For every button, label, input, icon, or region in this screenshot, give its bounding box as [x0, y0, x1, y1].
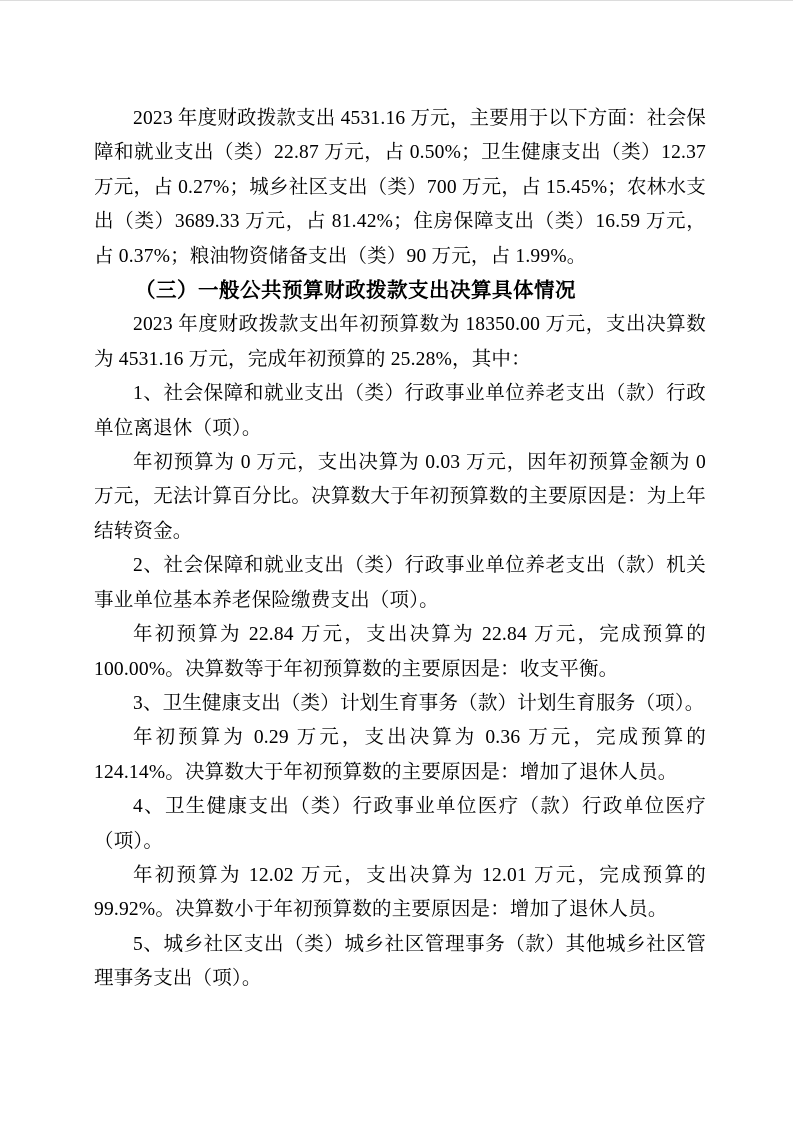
section-heading: （三）一般公共预算财政拨款支出决算具体情况	[94, 274, 706, 308]
paragraph-item-1-title: 1、社会保障和就业支出（类）行政事业单位养老支出（款）行政单位离退休（项）。	[94, 377, 706, 446]
paragraph-item-1-detail: 年初预算为 0 万元，支出决算为 0.03 万元，因年初预算金额为 0 万元，无…	[94, 446, 706, 549]
paragraph-item-2-detail: 年初预算为 22.84 万元，支出决算为 22.84 万元，完成预算的 100.…	[94, 618, 706, 687]
text-content: 2023 年度财政拨款支出 4531.16 万元，主要用于以下方面：社会保障和就…	[94, 102, 706, 997]
paragraph-item-4-detail: 年初预算为 12.02 万元，支出决算为 12.01 万元，完成预算的 99.9…	[94, 859, 706, 928]
paragraph-item-5-title: 5、城乡社区支出（类）城乡社区管理事务（款）其他城乡社区管理事务支出（项）。	[94, 928, 706, 997]
paragraph-funding-overview: 2023 年度财政拨款支出 4531.16 万元，主要用于以下方面：社会保障和就…	[94, 102, 706, 274]
paragraph-item-4-title: 4、卫生健康支出（类）行政事业单位医疗（款）行政单位医疗（项）。	[94, 790, 706, 859]
paragraph-item-3-title: 3、卫生健康支出（类）计划生育事务（款）计划生育服务（项）。	[94, 687, 706, 721]
paragraph-budget-summary: 2023 年度财政拨款支出年初预算数为 18350.00 万元，支出决算数为 4…	[94, 308, 706, 377]
paragraph-item-3-detail: 年初预算为 0.29 万元，支出决算为 0.36 万元，完成预算的 124.14…	[94, 721, 706, 790]
paragraph-item-2-title: 2、社会保障和就业支出（类）行政事业单位养老支出（款）机关事业单位基本养老保险缴…	[94, 549, 706, 618]
document-page: 2023 年度财政拨款支出 4531.16 万元，主要用于以下方面：社会保障和就…	[0, 0, 793, 1122]
